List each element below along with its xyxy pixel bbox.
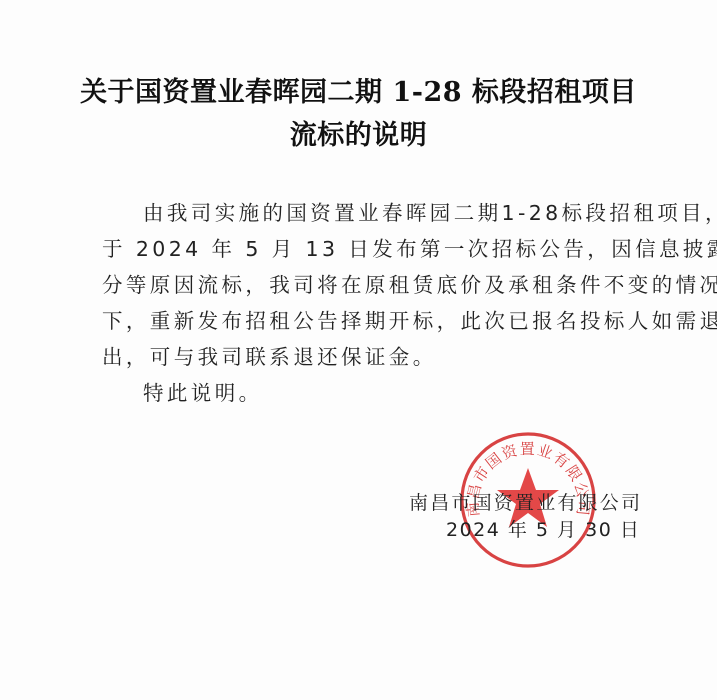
document-title-line-2: 流标的说明 (0, 113, 717, 152)
closing-statement: 特此说明。 (143, 376, 263, 406)
body-paragraph-line-4: 下，重新发布招租公告择期开标，此次已报名投标人如需退 (102, 304, 717, 334)
body-paragraph-line-2: 于 2024 年 5 月 13 日发布第一次招标公告，因信息披露不充 (102, 232, 717, 262)
signature-company: 南昌市国资置业有限公司 (409, 488, 642, 515)
signature-date: 2024 年 5 月 30 日 (446, 515, 640, 542)
body-paragraph-line-3: 分等原因流标，我司将在原租赁底价及承租条件不变的情况 (102, 268, 717, 298)
body-paragraph-line-1: 由我司实施的国资置业春晖园二期1-28标段招租项目， (143, 196, 717, 226)
document-page: 关于国资置业春晖园二期 1-28 标段招租项目 流标的说明 由我司实施的国资置业… (0, 0, 717, 700)
body-paragraph-line-5: 出，可与我司联系退还保证金。 (102, 340, 437, 370)
document-title-line-1: 关于国资置业春晖园二期 1-28 标段招租项目 (0, 70, 717, 109)
